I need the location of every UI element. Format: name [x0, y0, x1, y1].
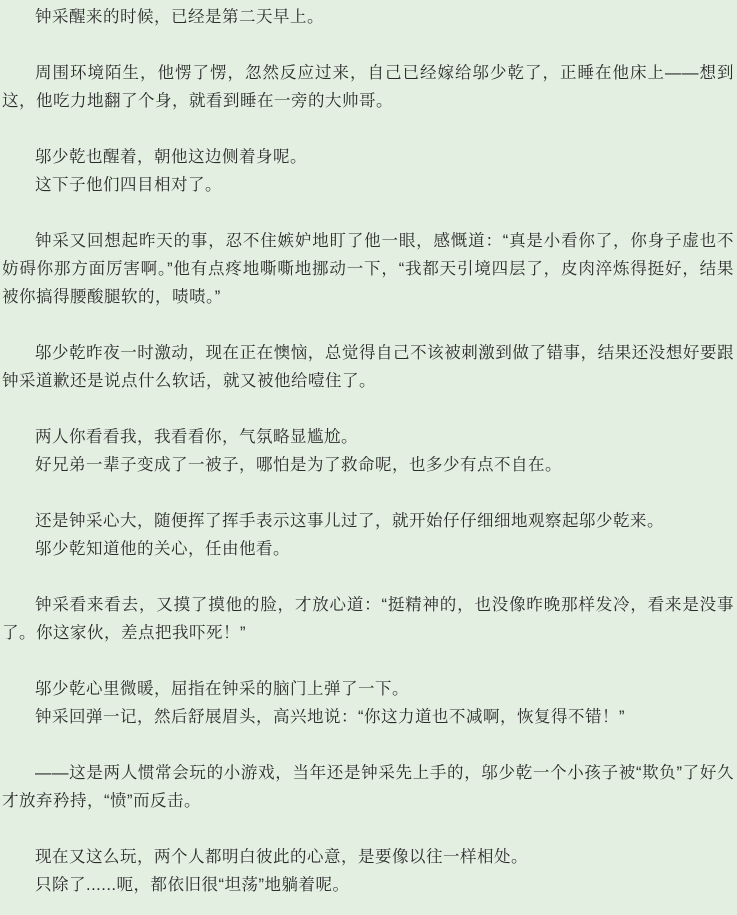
novel-paragraph: 邬少乾心里微暖，屈指在钟采的脑门上弹了一下。 — [2, 675, 734, 703]
paragraph-block: 两人你看看我，我看看你，气氛略显尴尬。 好兄弟一辈子变成了一被子，哪怕是为了救命… — [2, 423, 734, 479]
paragraph-block: 钟采看来看去，又摸了摸他的脸，才放心道：“挺精神的，也没像昨晚那样发冷，看来是没… — [2, 591, 734, 647]
paragraph-block: 邬少乾昨夜一时激动，现在正在懊恼，总觉得自己不该被刺激到做了错事，结果还没想好要… — [2, 339, 734, 395]
paragraph-block: 钟采又回想起昨天的事，忍不住嫉妒地盯了他一眼，感慨道：“真是小看你了，你身子虚也… — [2, 227, 734, 311]
paragraph-block: ——这是两人惯常会玩的小游戏，当年还是钟采先上手的，邬少乾一个小孩子被“欺负”了… — [2, 759, 734, 815]
novel-paragraph: 这下子他们四目相对了。 — [2, 171, 734, 199]
novel-paragraph: 钟采醒来的时候，已经是第二天早上。 — [2, 3, 734, 31]
novel-paragraph: 钟采回弹一记，然后舒展眉头，高兴地说：“你这力道也不减啊，恢复得不错！” — [2, 703, 734, 731]
paragraph-block: 邬少乾也醒着，朝他这边侧着身呢。 这下子他们四目相对了。 — [2, 143, 734, 199]
paragraph-block: 钟采醒来的时候，已经是第二天早上。 — [2, 3, 734, 31]
novel-paragraph: 邬少乾昨夜一时激动，现在正在懊恼，总觉得自己不该被刺激到做了错事，结果还没想好要… — [2, 339, 734, 395]
novel-paragraph: 钟采又回想起昨天的事，忍不住嫉妒地盯了他一眼，感慨道：“真是小看你了，你身子虚也… — [2, 227, 734, 311]
novel-paragraph: 钟采看来看去，又摸了摸他的脸，才放心道：“挺精神的，也没像昨晚那样发冷，看来是没… — [2, 591, 734, 647]
novel-paragraph: 邬少乾知道他的关心，任由他看。 — [2, 535, 734, 563]
novel-paragraph: 邬少乾也醒着，朝他这边侧着身呢。 — [2, 143, 734, 171]
novel-paragraph: 周围环境陌生，他愣了愣，忽然反应过来，自己已经嫁给邬少乾了，正睡在他床上——想到… — [2, 59, 734, 115]
paragraph-block: 还是钟采心大，随便挥了挥手表示这事儿过了，就开始仔仔细细地观察起邬少乾来。 邬少… — [2, 507, 734, 563]
novel-text-page: 钟采醒来的时候，已经是第二天早上。 周围环境陌生，他愣了愣，忽然反应过来，自己已… — [0, 0, 737, 915]
novel-paragraph: 还是钟采心大，随便挥了挥手表示这事儿过了，就开始仔仔细细地观察起邬少乾来。 — [2, 507, 734, 535]
paragraph-block: 邬少乾心里微暖，屈指在钟采的脑门上弹了一下。 钟采回弹一记，然后舒展眉头，高兴地… — [2, 675, 734, 731]
novel-paragraph: 只除了......呃，都依旧很“坦荡”地躺着呢。 — [2, 871, 734, 899]
paragraph-block: 现在又这么玩，两个人都明白彼此的心意，是要像以往一样相处。 只除了......呃… — [2, 843, 734, 899]
novel-paragraph: 好兄弟一辈子变成了一被子，哪怕是为了救命呢，也多少有点不自在。 — [2, 451, 734, 479]
novel-paragraph: 两人你看看我，我看看你，气氛略显尴尬。 — [2, 423, 734, 451]
paragraph-block: 周围环境陌生，他愣了愣，忽然反应过来，自己已经嫁给邬少乾了，正睡在他床上——想到… — [2, 59, 734, 115]
novel-paragraph: 现在又这么玩，两个人都明白彼此的心意，是要像以往一样相处。 — [2, 843, 734, 871]
novel-paragraph: ——这是两人惯常会玩的小游戏，当年还是钟采先上手的，邬少乾一个小孩子被“欺负”了… — [2, 759, 734, 815]
